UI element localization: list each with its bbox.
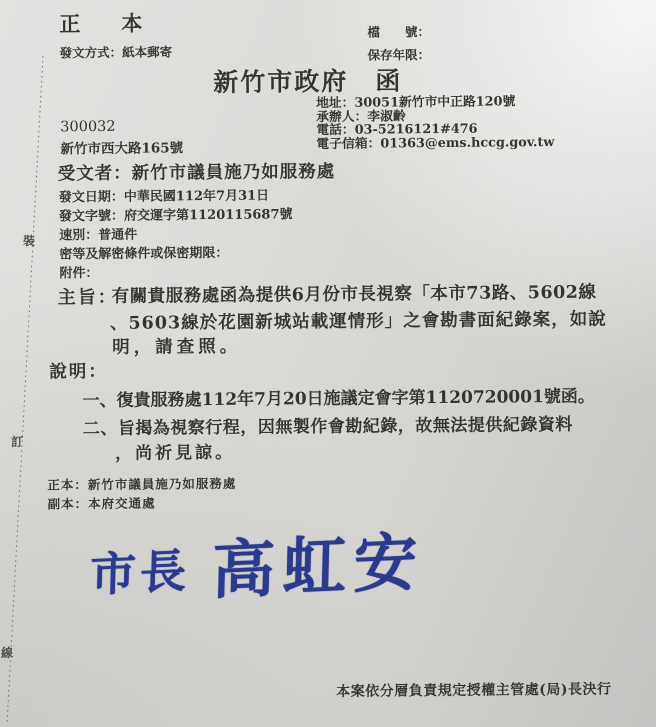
speed-class-line: 速別：普通件 <box>59 224 293 245</box>
delivery-method-line: 發文方式：紙本郵寄 <box>60 42 173 61</box>
explanation-item-2-line-2: ，尚祈見諒。 <box>115 438 235 464</box>
explanation-item-2-text: 旨揭為視察行程，因無製作會勘紀錄，故無法提供紀錄資料 <box>118 415 573 439</box>
distribution-copy-line: 副本：本府交通處 <box>47 494 155 513</box>
security-class-line: 密等及解密條件或保密期限： <box>59 243 293 264</box>
issue-date-label: 發文日期： <box>59 190 124 206</box>
recipient-label: 受文者： <box>58 164 132 185</box>
mayor-name: 高虹安 <box>211 511 426 611</box>
explanation-item-1-number: 一、 <box>83 391 117 411</box>
document-meta-block: 發文日期：中華民國112年7月31日 發文字號：府交運字第1120115687號… <box>59 186 293 283</box>
subject-line-2: 、5603線於花園新城站載運情形」之會勘書面紀錄案，如說 <box>110 306 607 335</box>
distribution-original-label: 正本： <box>47 477 88 492</box>
explanation-item-1: 一、復貴服務處112年7月20日施議定會字第1120720001號函。 <box>83 382 595 411</box>
issue-date-line: 發文日期：中華民國112年7月31日 <box>59 186 293 207</box>
distribution-original-value: 新竹市議員施乃如服務處 <box>88 476 237 492</box>
mayor-title: 市長 <box>89 534 191 605</box>
delegation-footer-note: 本案依分層負責規定授權主管處(局)長決行 <box>336 679 611 701</box>
distribution-copy-value: 本府交通處 <box>88 496 156 512</box>
mayor-signature: 市長 高虹安 <box>89 511 426 617</box>
explanation-item-1-text: 復貴服務處112年7月20日施議定會字第1120720001號函。 <box>117 387 595 411</box>
subject-line-1: 有關貴服務處函為提供6月份市長視察「本市73路、5602線 <box>112 279 597 308</box>
doc-number-label: 發文字號： <box>59 209 124 225</box>
sender-contact-block: 地址：30051新竹市中正路120號 承辦人：李淑齡 電話：03-5216121… <box>316 95 554 151</box>
distribution-original-line: 正本：新竹市議員施乃如服務處 <box>47 474 236 494</box>
speed-class-value: 普通件 <box>98 228 137 243</box>
attachment-label: 附件： <box>59 266 98 281</box>
explanation-label: 說明： <box>49 358 108 384</box>
recipient-line: 受文者：新竹市議員施乃如服務處 <box>58 158 336 185</box>
delivery-method-value: 紙本郵寄 <box>122 44 172 59</box>
subject-line-3: 明，請查照。 <box>112 333 241 359</box>
file-number-label: 檔 號： <box>367 22 430 41</box>
sender-email-label: 電子信箱： <box>316 136 380 152</box>
sender-email-value: 01363@ems.hccg.gov.tw <box>380 135 554 152</box>
document-title: 新竹市政府 函 <box>128 61 488 100</box>
recipient-street-address: 新竹市西大路165號 <box>60 136 183 157</box>
security-class-label: 密等及解密條件或保密期限： <box>59 246 228 262</box>
letter-content: 正 本 發文方式：紙本郵寄 檔 號： 保存年限： 新竹市政府 函 地址：3005… <box>0 0 656 727</box>
sender-email-line: 電子信箱：01363@ems.hccg.gov.tw <box>316 136 554 152</box>
recipient-value: 新竹市議員施乃如服務處 <box>132 162 336 184</box>
distribution-copy-label: 副本： <box>47 496 88 511</box>
issue-date-value: 中華民國112年7月31日 <box>124 189 269 205</box>
explanation-item-2-number: 二、 <box>83 419 118 439</box>
subject-label: 主旨： <box>58 283 118 310</box>
doc-number-line: 發文字號：府交運字第1120115687號 <box>59 205 293 226</box>
copy-type-label: 正 本 <box>59 8 152 39</box>
speed-class-label: 速別： <box>59 228 98 243</box>
attachment-line: 附件： <box>59 262 293 283</box>
official-letter-photo: 裝 訂 線 正 本 發文方式：紙本郵寄 檔 號： 保存年限： 新竹市政府 函 地… <box>0 0 656 727</box>
explanation-item-2-line-1: 二、旨揭為視察行程，因無製作會勘紀錄，故無法提供紀錄資料 <box>83 410 573 439</box>
recipient-postal-code: 300032 <box>60 119 115 135</box>
doc-number-value: 府交運字第1120115687號 <box>124 207 293 223</box>
delivery-method-label: 發文方式： <box>60 45 123 61</box>
